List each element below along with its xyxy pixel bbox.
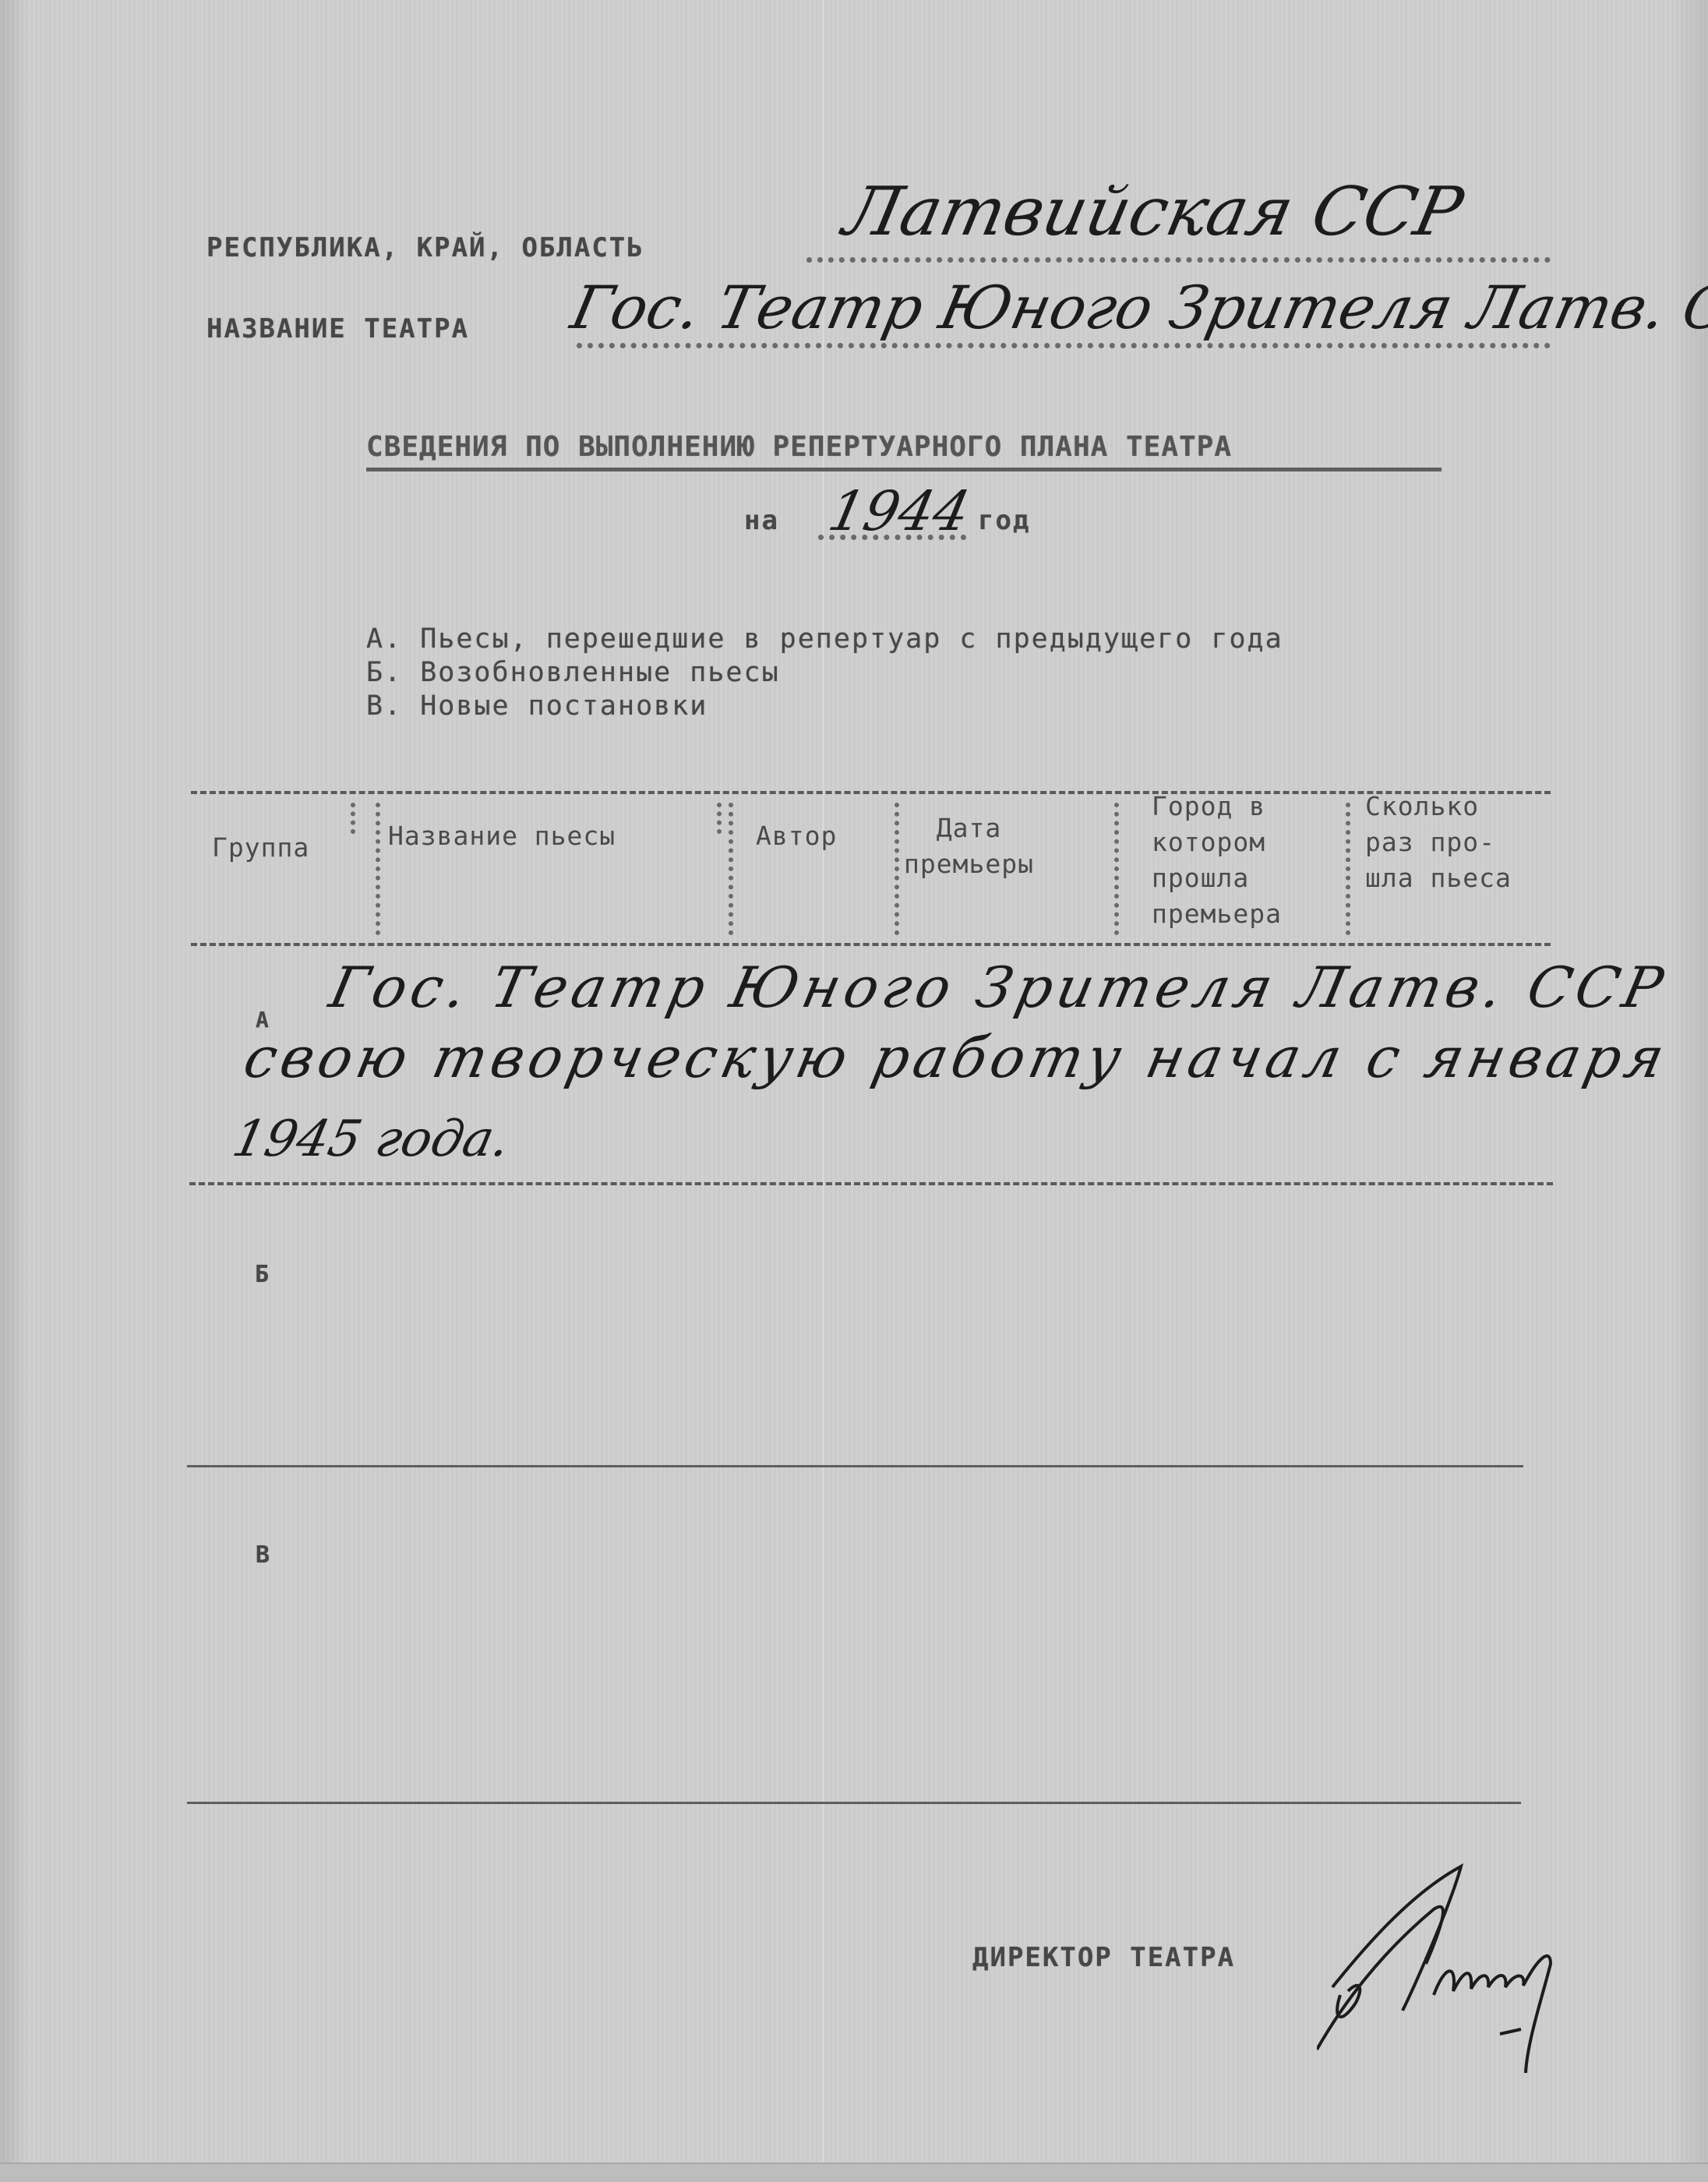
column-separator xyxy=(1114,803,1119,935)
section-v-marker: В xyxy=(256,1541,271,1569)
year-handwritten-value: 1944 xyxy=(823,479,976,543)
column-header-author: Автор xyxy=(756,818,837,854)
column-header-premiere-city: Город в котором прошла премьера xyxy=(1152,789,1282,932)
section-a-handwritten-line-1: Гос. Театр Юного Зрителя Латв. ССР xyxy=(324,955,1673,1020)
title-underline xyxy=(366,468,1442,471)
column-separator xyxy=(717,803,722,834)
column-header-title: Название пьесы xyxy=(388,818,616,854)
legend-item-v: В. Новые постановки xyxy=(366,690,708,722)
theatre-handwritten-value: Гос. Театр Юного Зрителя Латв. ССР xyxy=(566,273,1708,342)
section-a-bottom-rule xyxy=(189,1182,1553,1185)
director-label: ДИРЕКТОР ТЕАТРА xyxy=(972,1942,1235,1973)
section-b-bottom-rule xyxy=(187,1465,1523,1467)
director-signature xyxy=(1317,1862,1597,2088)
column-header-premiere-date: Дата премьеры xyxy=(904,810,1034,882)
region-label: РЕСПУБЛИКА, КРАЙ, ОБЛАСТЬ xyxy=(206,232,644,263)
table-top-rule xyxy=(191,791,1551,794)
column-separator xyxy=(1346,803,1350,935)
table-bottom-rule xyxy=(191,943,1551,946)
column-separator xyxy=(351,803,355,834)
year-suffix: год xyxy=(978,505,1030,536)
section-b-marker: Б xyxy=(255,1261,270,1288)
column-separator xyxy=(895,803,899,935)
scan-bottom-edge xyxy=(0,2163,1708,2182)
legend-item-a: А. Пьесы, перешедшие в репертуар с преды… xyxy=(366,623,1283,655)
year-prefix: на xyxy=(744,505,779,536)
section-a-handwritten-line-2: свою творческую работу начал с января xyxy=(238,1025,1674,1090)
column-header-performance-count: Сколько раз про- шла пьеса xyxy=(1365,789,1512,896)
column-separator xyxy=(729,803,733,935)
region-dotted-line xyxy=(806,257,1551,263)
column-separator xyxy=(376,803,380,935)
theatre-label: НАЗВАНИЕ ТЕАТРА xyxy=(206,313,469,344)
page-title: СВЕДЕНИЯ ПО ВЫПОЛНЕНИЮ РЕПЕРТУАРНОГО ПЛА… xyxy=(366,431,1232,463)
legend-item-b: Б. Возобновленные пьесы xyxy=(366,657,780,688)
region-handwritten-value: Латвийская ССР xyxy=(837,173,1469,251)
section-v-bottom-rule xyxy=(187,1802,1521,1804)
column-header-group: Группа xyxy=(212,830,309,866)
section-a-handwritten-line-3: 1945 года. xyxy=(228,1110,515,1168)
theatre-dotted-line xyxy=(577,343,1551,348)
